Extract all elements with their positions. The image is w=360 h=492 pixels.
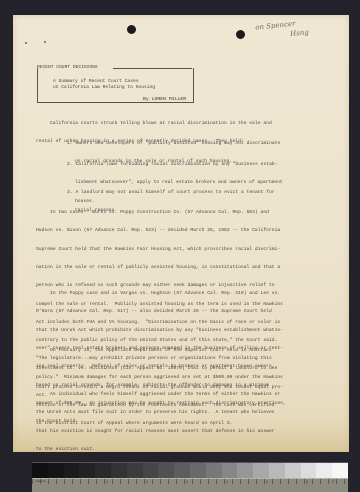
text-line: O'Hara (57 Advance Cal. Rep. 517) -- als… xyxy=(36,309,286,315)
text-line: to the eviction suit. xyxy=(36,447,280,453)
gray-step xyxy=(48,463,64,479)
ruler-number: 3 xyxy=(186,480,188,484)
text-line: A landlord may not avail himself of cour… xyxy=(75,190,274,195)
text-line: that the Unruh Act which prohibits discr… xyxy=(36,328,286,334)
text-line: that his eviction is sought for racial r… xyxy=(36,429,280,435)
text-line: California courts struck telling blows a… xyxy=(36,121,272,127)
text-line: Owners and developers of "publicly assis… xyxy=(75,141,280,146)
text-line: Investment Co. vs. Hutchinson (Civ. Appe… xyxy=(36,366,283,372)
paper-speck xyxy=(44,41,46,43)
gray-step xyxy=(285,463,301,479)
holding-number: 2. xyxy=(67,162,73,167)
gray-step xyxy=(253,463,269,479)
heading-subtitle-line-2: on California Law Relating to Housing xyxy=(53,85,155,90)
holding-number: 3. xyxy=(67,190,73,195)
heading-label: RECENT COURT DECISIONS xyxy=(37,65,98,70)
gray-step xyxy=(332,463,348,479)
paper-speck xyxy=(25,42,27,44)
gray-step xyxy=(79,463,95,479)
ruler-number: 4 xyxy=(226,480,228,484)
holding-number: 1. xyxy=(67,141,73,146)
heading-subtitle-line-1: A Summary of Recent Court Cases xyxy=(53,79,138,84)
byline: By LOREN MILLER xyxy=(141,97,188,102)
heading-rule xyxy=(113,68,192,69)
gray-step xyxy=(143,463,159,479)
gray-step xyxy=(190,463,206,479)
handwritten-note-line-2: Hsng xyxy=(290,23,347,39)
gray-step xyxy=(316,463,332,479)
measurement-ruler: inches 1 2 3 4 5 6 7 xyxy=(32,478,348,492)
text-line: An individual who feels himself aggrieve… xyxy=(36,392,280,398)
gray-step xyxy=(64,463,80,479)
ruler-number: 5 xyxy=(266,480,268,484)
gray-step xyxy=(174,463,190,479)
gray-step xyxy=(301,463,317,479)
punch-hole-left xyxy=(127,25,136,34)
ruler-number: 1 xyxy=(106,480,108,484)
gray-step xyxy=(111,463,127,479)
ruler-number: 7 xyxy=(332,480,334,484)
gray-step xyxy=(95,463,111,479)
text-line: the Unruh Acts must file suit in order t… xyxy=(36,410,280,416)
text-line: Hudson vs. Nixon (57 Advance Cal. Rep. 5… xyxy=(36,228,283,234)
text-line: nation in the sale or rental of publicly… xyxy=(36,265,283,271)
text-line: In the Poppy case and in Vargas vs. Hugh… xyxy=(36,291,286,297)
punch-hole-right xyxy=(236,30,245,39)
text-line: California laws forbidding racial discri… xyxy=(75,162,277,167)
gray-step xyxy=(32,463,48,479)
gray-step xyxy=(237,463,253,479)
gray-step xyxy=(206,463,222,479)
ruler-label: inches xyxy=(35,480,46,483)
gray-step xyxy=(222,463,238,479)
text-line: Supreme Court held that the Hawkins Fair… xyxy=(36,247,283,253)
individual-remedy-paragraph: An individual who feels himself aggrieve… xyxy=(36,380,280,459)
gray-step xyxy=(158,463,174,479)
gray-step xyxy=(127,463,143,479)
text-line: On February 15, the Appellate Department… xyxy=(36,348,283,354)
grayscale-calibration-strip xyxy=(32,462,348,479)
ruler-number: 2 xyxy=(146,480,148,484)
text-line: In two cases-- Burks vs. Poppy Construct… xyxy=(36,210,283,216)
ruler-ticks xyxy=(32,479,348,484)
ruler-number: 6 xyxy=(306,480,308,484)
gray-step xyxy=(269,463,285,479)
